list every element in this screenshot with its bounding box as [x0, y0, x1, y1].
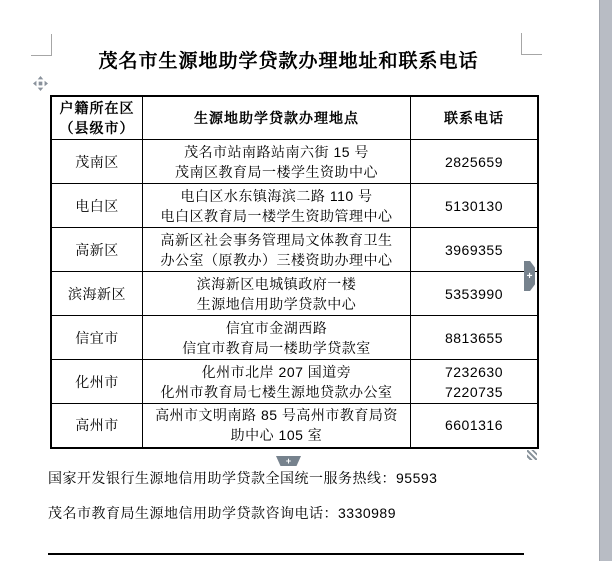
- page-title: 茂名市生源地助学贷款办理地址和联系电话: [50, 46, 527, 73]
- address-line: 生源地信用助学贷款中心: [145, 294, 408, 314]
- address-line: 高州市文明南路 85 号高州市教育局资: [145, 405, 408, 425]
- phone-cell[interactable]: 7232630 7220735: [411, 360, 539, 404]
- address-cell[interactable]: 信宜市金湖西路 信宜市教育局一楼助学贷款室: [143, 316, 411, 360]
- address-cell[interactable]: 高州市文明南路 85 号高州市教育局资 助中心 105 室: [143, 404, 411, 448]
- phone-cell[interactable]: 8813655: [411, 316, 539, 360]
- address-cell[interactable]: 滨海新区电城镇政府一楼 生源地信用助学贷款中心: [143, 272, 411, 316]
- national-hotline-line: 国家开发银行生源地信用助学贷款全国统一服务热线：95593: [48, 468, 437, 488]
- address-line: 信宜市金湖西路: [145, 318, 408, 338]
- header-address[interactable]: 生源地助学贷款办理地点: [143, 96, 411, 140]
- table-row: 茂南区 茂名市站南路站南六街 15 号 茂南区教育局一楼学生资助中心 28256…: [51, 140, 538, 184]
- address-line: 助中心 105 室: [145, 425, 408, 445]
- district-cell[interactable]: 高州市: [51, 404, 143, 448]
- district-cell[interactable]: 信宜市: [51, 316, 143, 360]
- consult-phone-line: 茂名市教育局生源地信用助学贷款咨询电话：3330989: [48, 503, 396, 523]
- address-line: 化州市北岸 207 国道旁: [145, 362, 408, 382]
- address-cell[interactable]: 化州市北岸 207 国道旁 化州市教育局七楼生源地贷款办公室: [143, 360, 411, 404]
- phone-line: 7232630: [413, 362, 535, 382]
- footnote-separator-line: [48, 553, 524, 555]
- text-boundary-mark-top-left: [31, 34, 52, 56]
- header-district[interactable]: 户籍所在区 （县级市）: [51, 96, 143, 140]
- insert-row-handle[interactable]: +: [276, 456, 301, 466]
- address-line: 化州市教育局七楼生源地贷款办公室: [145, 382, 408, 402]
- address-cell[interactable]: 电白区水东镇海滨二路 110 号 电白区教育局一楼学生资助管理中心: [143, 184, 411, 228]
- plus-icon: +: [527, 271, 533, 282]
- header-district-line2: （县级市）: [54, 118, 140, 138]
- address-line: 电白区教育局一楼学生资助管理中心: [145, 206, 408, 226]
- address-line: 滨海新区电城镇政府一楼: [145, 274, 408, 294]
- phone-cell[interactable]: 6601316: [411, 404, 539, 448]
- phone-cell[interactable]: 3969355: [411, 228, 539, 272]
- address-line: 高新区社会事务管理局文体教育卫生: [145, 230, 408, 250]
- page-edge-strip: [599, 0, 612, 561]
- district-cell[interactable]: 滨海新区: [51, 272, 143, 316]
- address-line: 电白区水东镇海滨二路 110 号: [145, 186, 408, 206]
- hotline-label: 国家开发银行生源地信用助学贷款全国统一服务热线：: [48, 470, 396, 486]
- table-row: 化州市 化州市北岸 207 国道旁 化州市教育局七楼生源地贷款办公室 72326…: [51, 360, 538, 404]
- table-row: 滨海新区 滨海新区电城镇政府一楼 生源地信用助学贷款中心 5353990: [51, 272, 538, 316]
- address-line: 茂名市站南路站南六街 15 号: [145, 142, 408, 162]
- district-cell[interactable]: 电白区: [51, 184, 143, 228]
- address-line: 茂南区教育局一楼学生资助中心: [145, 162, 408, 182]
- insert-column-handle[interactable]: +: [524, 261, 535, 291]
- four-arrows-icon: [33, 76, 48, 91]
- district-cell[interactable]: 茂南区: [51, 140, 143, 184]
- table-resize-handle[interactable]: [527, 450, 537, 460]
- phone-cell[interactable]: 5353990: [411, 272, 539, 316]
- phone-cell[interactable]: 2825659: [411, 140, 539, 184]
- table-header-row: 户籍所在区 （县级市） 生源地助学贷款办理地点 联系电话: [51, 96, 538, 140]
- phone-cell[interactable]: 5130130: [411, 184, 539, 228]
- address-line: 信宜市教育局一楼助学贷款室: [145, 338, 408, 358]
- address-cell[interactable]: 茂名市站南路站南六街 15 号 茂南区教育局一楼学生资助中心: [143, 140, 411, 184]
- header-district-line1: 户籍所在区: [54, 98, 140, 118]
- phone-line: 7220735: [413, 382, 535, 402]
- table-row: 信宜市 信宜市金湖西路 信宜市教育局一楼助学贷款室 8813655: [51, 316, 538, 360]
- consult-label: 茂名市教育局生源地信用助学贷款咨询电话：: [48, 505, 338, 521]
- table-row: 高新区 高新区社会事务管理局文体教育卫生 办公室（原教办）三楼资助办理中心 39…: [51, 228, 538, 272]
- table-row: 电白区 电白区水东镇海滨二路 110 号 电白区教育局一楼学生资助管理中心 51…: [51, 184, 538, 228]
- table-row: 高州市 高州市文明南路 85 号高州市教育局资 助中心 105 室 660131…: [51, 404, 538, 448]
- table-move-handle-icon[interactable]: [33, 76, 48, 91]
- address-line: 办公室（原教办）三楼资助办理中心: [145, 250, 408, 270]
- consult-number: 3330989: [338, 505, 396, 521]
- plus-icon: +: [286, 457, 291, 466]
- loan-contact-table: 户籍所在区 （县级市） 生源地助学贷款办理地点 联系电话 茂南区 茂名市站南路站…: [50, 95, 539, 449]
- district-cell[interactable]: 高新区: [51, 228, 143, 272]
- hotline-number: 95593: [396, 470, 437, 486]
- district-cell[interactable]: 化州市: [51, 360, 143, 404]
- address-cell[interactable]: 高新区社会事务管理局文体教育卫生 办公室（原教办）三楼资助办理中心: [143, 228, 411, 272]
- header-phone[interactable]: 联系电话: [411, 96, 539, 140]
